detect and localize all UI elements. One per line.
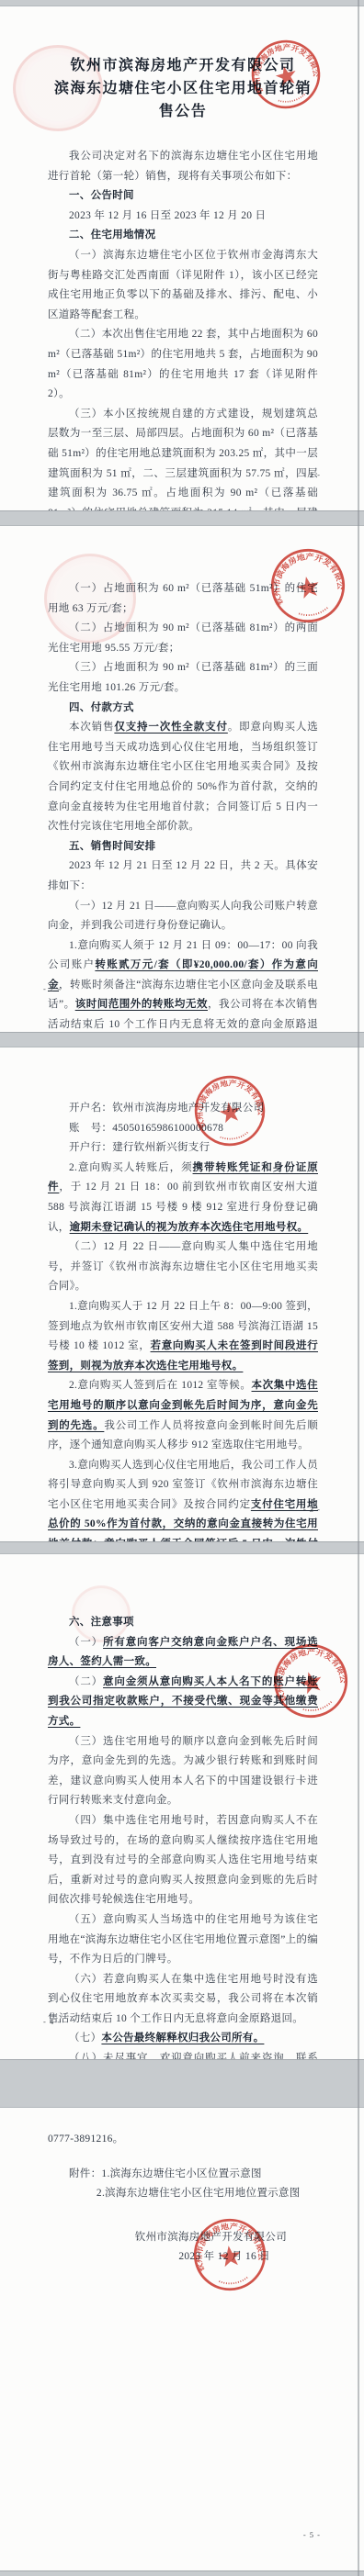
- paragraph: （八）未尽事宜，欢迎意向购买人前来咨询。联系地址：钦州市钦南区安州大道 588 …: [48, 2049, 318, 2060]
- paragraph: （六）若意向购买人在集中选住宅用地号时没有选到心仪住宅用地放弃本次买卖交易，我公…: [48, 1970, 318, 2030]
- emphasized-text: 逾期未登记确认的视为放弃本次选住宅用地号权。: [70, 1222, 309, 1233]
- section-heading: 二、住宅用地情况: [48, 226, 318, 246]
- text-run: 2023 年 12 月 16 日至 2023 年 12 月 20 日: [69, 210, 266, 221]
- contact-phone: 0777-3891216。: [48, 2130, 318, 2150]
- text-run: 四、付款方式: [69, 702, 134, 713]
- text-run: 六、注意事项: [69, 1617, 134, 1628]
- paragraph: （三）本小区按统规自建的方式建设，规划建筑总层数为一至三层、局部四层。占地面积为…: [48, 405, 318, 511]
- text-run: （一）: [69, 1637, 103, 1648]
- page-5-content: 0777-3891216。附件：1.滨海东边塘住宅小区位置示意图2.滨海东边塘住…: [0, 2108, 364, 2268]
- text-run: 0777-3891216。: [48, 2134, 123, 2145]
- emphasized-text: 该时间范围外的转账均无效: [75, 999, 208, 1010]
- page-1: 钦州市滨海房地产开发有限公司 钦州市滨海房地产开发有限公司滨海东边塘住宅小区住宅…: [0, 6, 364, 511]
- paragraph: 2023 年 12 月 21 日至 12 月 22 日，共 2 天。具体安排如下…: [48, 857, 318, 896]
- text-run: （三）选住宅用地号的顺序以意向金到帐先后时间为序，意向金先到的先选。为减少银行转…: [48, 1736, 318, 1807]
- page-4-content: 六、注意事项（一）所有意向客户交纳意向金账户户名、现场选房人、签约人需一致。（二…: [0, 1554, 364, 2060]
- text-run: （八）未尽事宜，欢迎意向购买人前来咨询。联系地址：钦州市钦南区安州大道 588 …: [48, 2053, 318, 2060]
- paragraph: 账 号：45050165986100000678: [48, 1119, 318, 1139]
- text-run: （二）本次出售住宅用地 22 套，其中占地面积为 60 m²（已落基础 51m²…: [48, 329, 318, 399]
- text-run: 2.意向购买人转账后，须: [69, 1162, 193, 1173]
- paragraph: 1.意向购买人须于 12 月 21 日 09：00—17：00 向我公司账户转账…: [48, 936, 318, 1033]
- emphasized-text: 仅支持一次性全款支付: [114, 722, 227, 733]
- text-run: 本次销售: [69, 722, 114, 733]
- page-4: 钦州市滨海房地产开发有限公司 六、注意事项（一）所有意向客户交纳意向金账户户名、…: [0, 1553, 364, 2060]
- text-run: （一）12 月 21 日——意向购买人向我公司账户转意向金，并到我公司进行身份登…: [48, 901, 318, 932]
- text-run: 二、住宅用地情况: [69, 230, 155, 241]
- paragraph: 开户名：钦州市滨海房地产开发有限公司: [48, 1099, 318, 1119]
- section-heading: 五、销售时间安排: [48, 837, 318, 857]
- page-5: 钦州市滨海房地产开发有限公司 0777-3891216。附件：1.滨海东边塘住宅…: [0, 2107, 364, 2571]
- section-heading: 六、注意事项: [48, 1613, 318, 1633]
- paragraph: 2.意向购买人签到后在 1012 室等候。本次集中选住宅用地号的顺序以意向金到帐…: [48, 1376, 318, 1455]
- text-run: （六）若意向购买人在集中选住宅用地号时没有选到心仪住宅用地放弃本次买卖交易，我公…: [48, 1974, 318, 2024]
- page-number: - 3 -: [303, 1505, 321, 1514]
- text-run: （五）意向购买人当场选中的住宅用地号为该住宅用地在“滨海东边塘住宅小区住宅用地位…: [48, 1914, 318, 1965]
- paragraph: （二）本次出售住宅用地 22 套，其中占地面积为 60 m²（已落基础 51m²…: [48, 325, 318, 404]
- text-run: （二）: [69, 1676, 103, 1687]
- page-number: - 5 -: [303, 2530, 321, 2539]
- paragraph: （四）集中选住宅用地号时，若因意向购买人不在场导致过号的，在场的意向购买人继续按…: [48, 1811, 318, 1910]
- scan-edge-line: [358, 0, 359, 2576]
- text-run: （一）滨海东边塘住宅小区位于钦州市金海湾东大街与粤桂路交汇处西南面（详见附件 1…: [48, 250, 318, 320]
- text-run: 开户行：建行钦州新兴街支行: [69, 1142, 210, 1153]
- paragraph: 2.意向购买人转账后，须携带转账凭证和身份证原件，于 12 月 21 日 18：…: [48, 1159, 318, 1238]
- attachment-line: 2.滨海东边塘住宅小区住宅用地位置示意图: [48, 2184, 318, 2204]
- emphasized-text: 本公告最终解释权归我公司所有。: [101, 2033, 264, 2044]
- attachment-line: 附件：1.滨海东边塘住宅小区位置示意图: [48, 2165, 318, 2185]
- company-seal-icon: 钦州市滨海房地产开发有限公司: [262, 540, 354, 632]
- text-run: 我公司决定对名下的滨海东边塘住宅小区住宅用地进行首轮（第一轮）销售，现将有关事项…: [48, 151, 318, 182]
- page-3-content: 开户名：钦州市滨海房地产开发有限公司账 号：450501659861000006…: [0, 1047, 364, 1542]
- page-2: 钦州市滨海房地产开发有限公司 （一）占地面积为 60 m²（已落基础 51m²）…: [0, 525, 364, 1033]
- company-seal-icon: 钦州市滨海房地产开发有限公司: [188, 1069, 273, 1154]
- paragraph: （三）占地面积为 90 m²（已落基础 81m²）的三面光住宅用地 101.26…: [48, 658, 318, 698]
- paragraph: 我公司决定对名下的滨海东边塘住宅小区住宅用地进行首轮（第一轮）销售，现将有关事项…: [48, 147, 318, 186]
- text-run: （三）本小区按统规自建的方式建设，规划建筑总层数为一至三层、局部四层。占地面积为…: [48, 409, 318, 511]
- text-run: （二）12 月 22 日——意向购买人集中选住宅用地号，并签订《钦州市滨海东边塘…: [48, 1241, 318, 1292]
- paragraph: （一）12 月 21 日——意向购买人向我公司账户转意向金，并到我公司进行身份登…: [48, 897, 318, 936]
- page-3: 钦州市滨海房地产开发有限公司 开户名：钦州市滨海房地产开发有限公司账 号：450…: [0, 1047, 364, 1542]
- page-number: - 2 -: [43, 984, 61, 993]
- paragraph: 1.意向购买人于 12 月 22 日上午 8：00—9:00 签到，签到地点为钦…: [48, 1297, 318, 1376]
- svg-text:钦州市滨海房地产开发有限公司: 钦州市滨海房地产开发有限公司: [188, 2212, 268, 2275]
- paragraph: 本次销售仅支持一次性全款支付。即意向购买人选住宅用地号当天成功选到心仪住宅用地，…: [48, 718, 318, 837]
- text-run: 2023 年 12 月 21 日至 12 月 22 日，共 2 天。具体安排如下…: [48, 860, 318, 891]
- text-run: 五、销售时间安排: [69, 841, 155, 852]
- text-run: （三）占地面积为 90 m²（已落基础 81m²）的三面光住宅用地 101.26…: [48, 662, 318, 693]
- signature-date: 2023 年 12 月 16 日: [48, 2247, 318, 2268]
- paragraph: 3.意向购买人选到心仪住宅用地后，我公司工作人员将引导意向购买人到 920 室签…: [48, 1456, 318, 1542]
- paragraph: （三）选住宅用地号的顺序以意向金到帐先后时间为序，意向金先到的先选。为减少银行转…: [48, 1732, 318, 1811]
- text-run: 2.滨海东边塘住宅小区住宅用地位置示意图: [97, 2188, 301, 2199]
- paragraph: （二）12 月 22 日——意向购买人集中选住宅用地号，并签订《钦州市滨海东边塘…: [48, 1238, 318, 1297]
- paragraph: 开户行：建行钦州新兴街支行: [48, 1138, 318, 1159]
- text-run: （七）: [69, 2033, 101, 2044]
- text-run: 。即意向购买人选住宅用地号当天成功选到心仪住宅用地，当场组织签订《钦州市滨海东边…: [48, 722, 318, 832]
- company-seal-icon: 钦州市滨海房地产开发有限公司: [188, 2212, 273, 2298]
- signature-company: 钦州市滨海房地产开发有限公司: [48, 2228, 318, 2248]
- section-heading: 一、公告时间: [48, 186, 318, 207]
- text-run: 附件：1.滨海东边塘住宅小区位置示意图: [69, 2168, 262, 2179]
- paragraph: （七）本公告最终解释权归我公司所有。: [48, 2029, 318, 2049]
- page-number: - 1 -: [303, 470, 321, 479]
- paragraph: （五）意向购买人当场选中的住宅用地号为该住宅用地在“滨海东边塘住宅小区住宅用地位…: [48, 1910, 318, 1970]
- page-number: - 4 -: [43, 2017, 61, 2026]
- section-heading: 四、付款方式: [48, 699, 318, 719]
- paragraph: （一）滨海东边塘住宅小区位于钦州市金海湾东大街与粤桂路交汇处西南面（详见附件 1…: [48, 246, 318, 325]
- text-run: 一、公告时间: [69, 190, 134, 201]
- paragraph: 2023 年 12 月 16 日至 2023 年 12 月 20 日: [48, 207, 318, 227]
- text-run: （四）集中选住宅用地号时，若因意向购买人不在场导致过号的，在场的意向购买人继续按…: [48, 1815, 318, 1905]
- text-run: 2.意向购买人签到后在 1012 室等候。: [69, 1380, 252, 1391]
